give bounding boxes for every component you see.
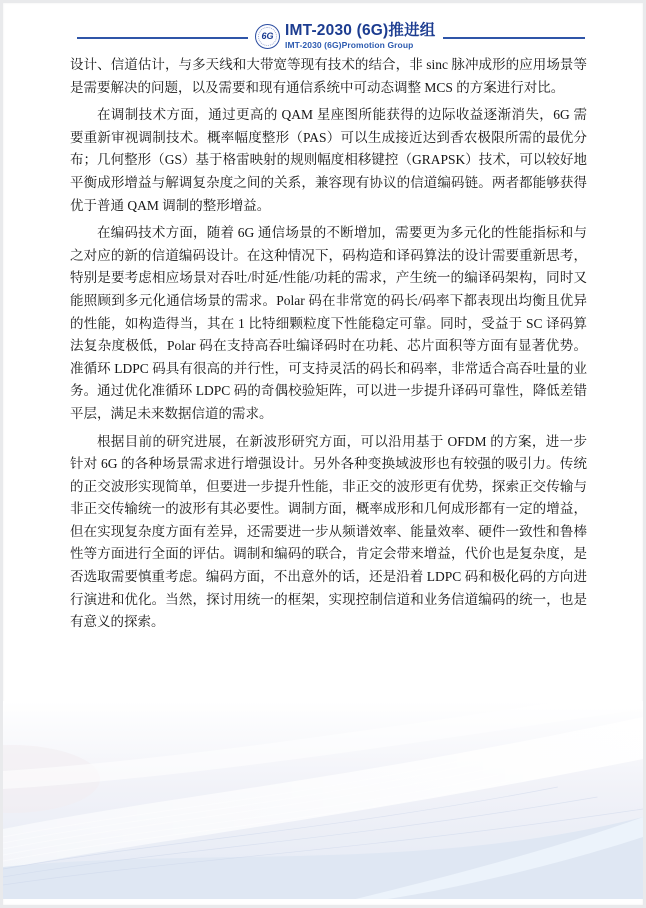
org-subtitle: IMT-2030 (6G)Promotion Group	[285, 41, 435, 50]
paragraph-modulation: 在调制技术方面，通过更高的 QAM 星座图所能获得的边际收益逐渐消失，6G 需要…	[70, 104, 587, 217]
header-rule-right	[443, 37, 586, 39]
imt2030-logo: 6G IMT-2030 (6G)推进组 IMT-2030 (6G)Promoti…	[248, 23, 442, 50]
wave-graphic	[3, 701, 643, 899]
viewer-background: 6G IMT-2030 (6G)推进组 IMT-2030 (6G)Promoti…	[0, 0, 646, 908]
document-page: 6G IMT-2030 (6G)推进组 IMT-2030 (6G)Promoti…	[3, 3, 643, 905]
6g-logo-text: 6G	[262, 32, 274, 41]
document-header: 6G IMT-2030 (6G)推进组 IMT-2030 (6G)Promoti…	[77, 18, 585, 54]
paragraph-summary: 根据目前的研究进展，在新波形研究方面，可以沿用基于 OFDM 的方案，进一步针对…	[70, 431, 587, 634]
paragraph-coding: 在编码技术方面，随着 6G 通信场景的不断增加，需要更为多元化的性能指标和与之对…	[70, 222, 587, 425]
org-title: IMT-2030 (6G)推进组	[285, 23, 435, 39]
paragraph-continuation: 设计、信道估计，与多天线和大带宽等现有技术的结合，非 sinc 脉冲成形的应用场…	[70, 54, 587, 99]
footer-wave-decoration	[3, 701, 643, 899]
6g-logo-icon: 6G	[255, 24, 280, 49]
header-rule-left	[77, 37, 248, 39]
document-body: 设计、信道估计，与多天线和大带宽等现有技术的结合，非 sinc 脉冲成形的应用场…	[70, 54, 587, 634]
